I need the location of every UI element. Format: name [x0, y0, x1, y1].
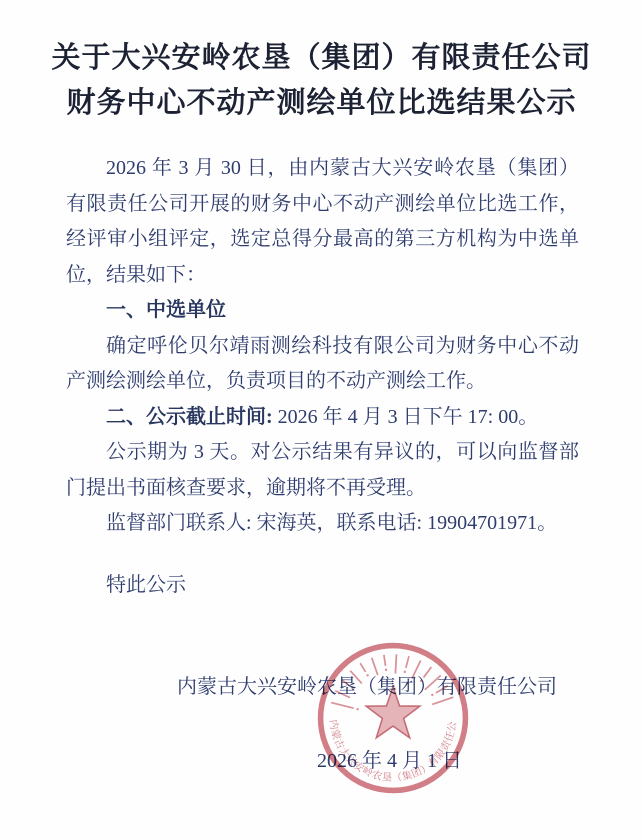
document-body: 2026 年 3 月 30 日，由内蒙古大兴安岭农垦（集团）有限责任公司开展的财… [66, 151, 579, 603]
section-1-text: 确定呼伦贝尔靖雨测绘科技有限公司为财务中心不动产测绘测绘单位，负责项目的不动产测… [66, 329, 579, 400]
paragraph-notice-period: 公示期为 3 天。对公示结果有异议的，可以向监督部门提出书面核查要求，逾期将不再… [66, 435, 579, 506]
title-line-1: 关于大兴安岭农垦（集团）有限责任公司 [0, 36, 643, 81]
paragraph-intro: 2026 年 3 月 30 日，由内蒙古大兴安岭农垦（集团）有限责任公司开展的财… [66, 151, 579, 293]
section-1-heading: 一、中选单位 [66, 293, 579, 329]
title-line-2: 财务中心不动产测绘单位比选结果公示 [0, 81, 643, 126]
announcement-document: 关于大兴安岭农垦（集团）有限责任公司 财务中心不动产测绘单位比选结果公示 202… [0, 0, 643, 840]
paragraph-contact: 监督部门联系人: 宋海英，联系电话: 19904701971。 [66, 506, 579, 542]
signature-date: 2026 年 4 月 1 日 [317, 744, 462, 773]
section-2-heading: 二、公示截止时间: [106, 406, 273, 428]
signature-company: 内蒙古大兴安岭农垦（集团）有限责任公司 [177, 670, 557, 699]
section-2-value: 2026 年 4 月 3 日下午 17: 00。 [278, 406, 539, 428]
section-2-line: 二、公示截止时间: 2026 年 4 月 3 日下午 17: 00。 [66, 400, 579, 436]
document-title: 关于大兴安岭农垦（集团）有限责任公司 财务中心不动产测绘单位比选结果公示 [0, 36, 643, 126]
paragraph-closing: 特此公示 [66, 568, 579, 604]
